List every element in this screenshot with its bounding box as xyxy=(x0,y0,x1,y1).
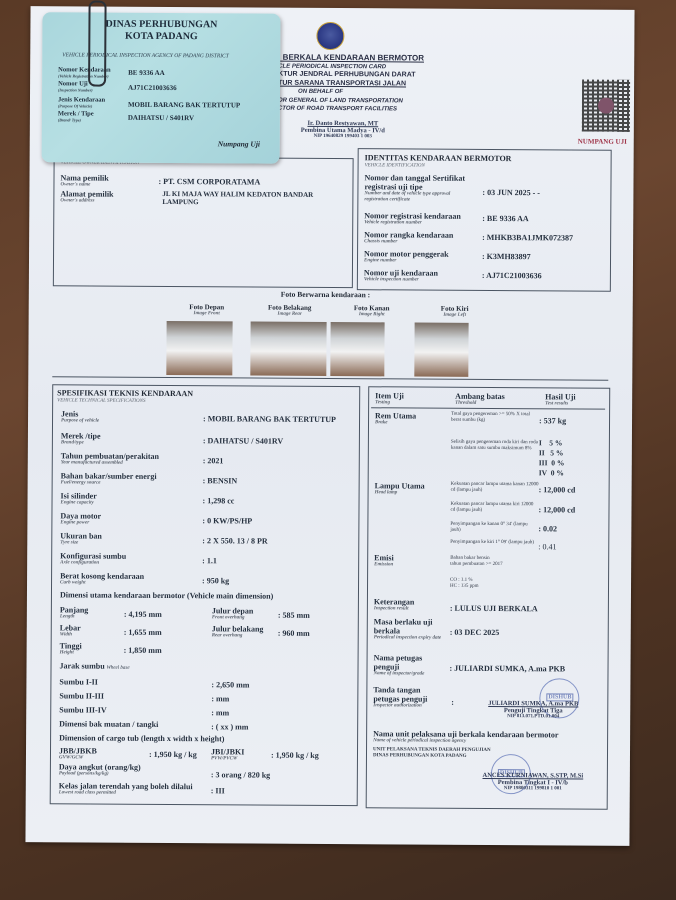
paper-clip-icon xyxy=(88,1,107,87)
axle-value: : mm xyxy=(211,694,229,703)
col-header-item: Item UjiTesting xyxy=(375,391,404,406)
photo-left[interactable] xyxy=(414,323,468,377)
headlamp-threshold: Kekuatan pancar lampu utama kiri 12000 c… xyxy=(450,502,538,515)
overhang-label: Julur belakangRear overhang xyxy=(212,624,264,639)
headlamp-result: : 0.02 xyxy=(538,524,557,533)
owner-address-value: JL KI MAJA WAY HALIM KEDATON BANDARLAMPU… xyxy=(162,190,313,207)
owner-name-value: : PT. CSM CORPORATAMA xyxy=(158,177,260,187)
spec-label: Isi silinderEngine capacity xyxy=(61,491,97,506)
identity-row-label: Nomor dan tanggal Sertifikat registrasi … xyxy=(364,173,474,204)
identity-row-label: Nomor rangka kendaraanChassis number xyxy=(364,230,453,246)
result-label: KeteranganInspection result xyxy=(374,597,415,612)
card-title: DINAS PERHUBUNGAN xyxy=(42,18,280,30)
spec-value: : BENSIN xyxy=(203,476,238,485)
spec-label: Merek /tipeBrand/type xyxy=(61,431,101,446)
inspector-label: Nama petugas pengujiName of inspector/gr… xyxy=(373,653,443,677)
dim-label: PanjangLength xyxy=(60,605,89,620)
identity-row-label: Nomor uji kendaraanVehicle inspection nu… xyxy=(364,268,438,283)
axle-value: : 2,650 mm xyxy=(211,680,249,689)
inspection-document: DINAS PERHUBUNGAN KOTA PADANG VEHICLE PE… xyxy=(25,6,634,846)
photo-label-front: Foto DepanImage Front xyxy=(172,303,242,317)
photo-label-rear: Foto BelakangImage Rear xyxy=(255,304,325,318)
headlamp-threshold: Kekuatan pancar lampu utama kanan 12000 … xyxy=(451,482,539,495)
jbb-label: JBB/JBKBGVW/GCW xyxy=(59,746,97,761)
dim-value: : 1,655 mm xyxy=(124,628,162,637)
emission-label: EmisiEmission xyxy=(374,553,394,568)
card-row-value: DAIHATSU / S401RV xyxy=(128,114,194,122)
headlamp-result: : 0.41 xyxy=(538,542,556,551)
owner-name-label: Nama pemilikOwner's name xyxy=(60,173,108,188)
identity-row-value: : BE 9336 AA xyxy=(482,214,529,223)
jbi-value: : 1,950 kg / kg xyxy=(271,751,319,760)
inspection-card: DINAS PERHUBUNGAN KOTA PADANG VEHICLE PE… xyxy=(42,12,281,163)
col-header-result: Hasil UjiTest results xyxy=(545,392,576,407)
card-row-value: AJ71C21003636 xyxy=(128,84,177,92)
card-subtitle: VEHICLE PERIODICAL INSPECTION AGENCY OF … xyxy=(62,52,229,59)
emission-threshold: Bahan bakar bensintahun pembuatan >= 201… xyxy=(450,556,503,568)
unit-name: UNIT PELAKSANA TEKNIS DAERAH PENGUJIANDI… xyxy=(373,747,491,760)
payload-value: : 3 orang / 820 kg xyxy=(211,770,270,779)
expiry-date-value: : 03 DEC 2025 xyxy=(450,628,500,637)
spec-label: Bahan bakar/sumber energiFuel/energy sou… xyxy=(61,471,157,487)
overhang-value: : 960 mm xyxy=(278,629,310,638)
wheelbase-label: Jarak sumbu Wheel base xyxy=(59,661,129,672)
brake-axle-results: I 5 % II 5 % III 0 % IV 0 % xyxy=(539,438,565,478)
headlamp-result: : 12,000 cd xyxy=(538,505,575,514)
spec-label: Konfigurasi sumbuAxle configuration xyxy=(60,551,126,566)
identity-row-value: : AJ71C21003636 xyxy=(482,271,542,280)
spec-value: : DAIHATSU / S401RV xyxy=(203,436,283,445)
dim-value: : 1,850 mm xyxy=(124,646,162,655)
road-class-value: : III xyxy=(211,786,225,795)
technical-spec-section: SPESIFIKASI TEKNIS KENDARAAN VEHICLE TEC… xyxy=(50,384,361,806)
director-signature: Ir. Danto Restyawan, MT Pembina Utama Ma… xyxy=(298,120,388,140)
qr-code[interactable] xyxy=(582,80,630,132)
spec-label: Berat kosong kendaraanCurb weight xyxy=(60,571,144,587)
dim-value: : 4,195 mm xyxy=(124,610,162,619)
photo-label-left: Foto KiriImage Left xyxy=(420,305,490,319)
spec-label: JenisPurpose of vehicle xyxy=(61,409,99,424)
card-row-label: Merek / Tipe(Brand/ Type) xyxy=(58,110,94,123)
headlamp-result: : 12,000 cd xyxy=(539,485,576,494)
card-footer: Numpang Uji xyxy=(218,139,260,148)
ministry-logo-icon xyxy=(316,22,344,50)
document-header: I BERKALA KENDARAAN BERMOTOR CLE PERIODI… xyxy=(278,54,424,114)
photos-title: Foto Berwarna kendaraan : xyxy=(281,290,370,300)
cargo-label: Dimensi bak muatan / tangki xyxy=(59,719,158,729)
dimension-title: Dimensi utama kendaraan bermotor (Vehicl… xyxy=(60,590,273,600)
identity-row-label: Nomor motor penggerakEngine number xyxy=(364,249,449,265)
headlamp-threshold: Penyimpangan ke kiri 1° 09' (lampu jauh) xyxy=(450,540,538,547)
brake-result: : 537 kg xyxy=(539,416,566,425)
spec-value: : 1.1 xyxy=(202,556,217,565)
emission-readings: CO : 1.1 %HC : 135 ppm xyxy=(450,578,479,590)
identity-row-label: Nomor registrasi kendaraanVehicle regist… xyxy=(364,211,461,227)
axle-label: Sumbu II-III xyxy=(59,691,104,700)
card-row-label: Nomor Uji(Inspection Number) xyxy=(58,80,93,93)
jbb-value: : 1,950 kg / kg xyxy=(149,750,197,759)
numpang-uji-label: NUMPANG UJI xyxy=(578,138,627,146)
spec-value: : 950 kg xyxy=(202,576,229,585)
dim-label: LebarWidth xyxy=(60,623,81,638)
photo-rear[interactable] xyxy=(250,322,326,376)
cargo-dimension-en: Dimension of cargo tub (length x width x… xyxy=(59,733,224,743)
headlamp-label: Lampu UtamaHead lamp xyxy=(375,481,425,496)
photo-label-right: Foto KananImage Right xyxy=(337,304,407,318)
spec-value: : MOBIL BARANG BAK TERTUTUP xyxy=(203,414,336,424)
spec-value: : 2 X 550. 13 / 8 PR xyxy=(202,536,267,545)
vehicle-identity-section: IDENTITAS KENDARAAN BERMOTOR VEHICLE IDE… xyxy=(357,148,612,292)
axle-value: : mm xyxy=(211,708,229,717)
spec-value: : 0 KW/PS/HP xyxy=(202,516,252,525)
head-signature: ANCES KURNIAWAN, S.STP, M.Si Pembina Tin… xyxy=(463,772,603,792)
overhang-label: Julur depanFront overhang xyxy=(212,606,254,621)
axle-label: Sumbu I-II xyxy=(59,677,98,686)
card-city: KOTA PADANG xyxy=(42,30,280,42)
inspection-result-value: : LULUS UJI BERKALA xyxy=(450,604,538,614)
cargo-value: : ( xx ) mm xyxy=(211,722,248,731)
signature-label: Tanda tangan petugas pengujiInspector au… xyxy=(373,685,443,709)
col-header-threshold: Ambang batasThreshold xyxy=(455,392,505,407)
identity-row-value: : 03 JUN 2025 - - xyxy=(482,188,540,197)
owner-address-label: Alamat pemilikOwner's address xyxy=(60,189,113,204)
card-row-value: BE 9336 AA xyxy=(128,69,165,77)
jbi-label: JBI/JBKIPVW/PVCW xyxy=(211,747,244,762)
overhang-value: : 585 mm xyxy=(278,611,310,620)
axle-label: Sumbu III-IV xyxy=(59,705,106,714)
payload-label: Daya angkut (orang/kg)Payload (persons/k… xyxy=(59,762,141,777)
card-row-label: Jenis Kendaraan(Purpose Of Vehicle) xyxy=(58,96,105,109)
identity-row-value: : MHKB3BA1JMK072387 xyxy=(482,233,573,243)
owner-section: VEHICLE OWNER IDENTIFICATION Nama pemili… xyxy=(53,156,354,288)
photo-right[interactable] xyxy=(330,322,384,376)
test-results-section: Item UjiTesting Ambang batasThreshold Ha… xyxy=(366,386,611,809)
signature-colon: : xyxy=(451,698,454,707)
expiry-label: Masa berlaku uji berkalaPeriodical inspe… xyxy=(374,617,450,641)
road-class-label: Kelas jalan terendah yang boleh dilaluiL… xyxy=(59,781,193,797)
spec-value: : 1,298 cc xyxy=(203,496,235,505)
dim-label: TinggiHeight xyxy=(60,641,82,656)
card-row-value: MOBIL BARANG BAK TERTUTUP xyxy=(128,101,240,110)
brake-threshold: Total gaya pengereman >= 50% X total ber… xyxy=(451,412,541,425)
spec-label: Tahun pembuatan/perakitanYear manufactur… xyxy=(61,451,159,467)
inspector-value: : JULIARDI SUMKA, A.ma PKB xyxy=(449,664,565,674)
headlamp-threshold: Penyimpangan ke kanan 0° 34' (lampu jauh… xyxy=(450,522,538,535)
spec-label: Ukuran banTyre size xyxy=(60,531,102,546)
photo-front[interactable] xyxy=(166,321,232,375)
brake-label: Rem UtamaBrake xyxy=(375,411,416,426)
spec-value: : 2021 xyxy=(203,456,224,465)
inspector-signature: JULIARDI SUMKA, A.ma PKB Penguji Tingkat… xyxy=(463,700,603,720)
unit-label: Nama unit pelaksana uji berkala kendaraa… xyxy=(373,729,558,745)
brake-balance-threshold: Selisih gaya pengereman roda kiri dan ro… xyxy=(451,440,539,453)
spec-label: Daya motorEngine power xyxy=(60,511,101,526)
identity-row-value: : K3MH83897 xyxy=(482,252,531,261)
